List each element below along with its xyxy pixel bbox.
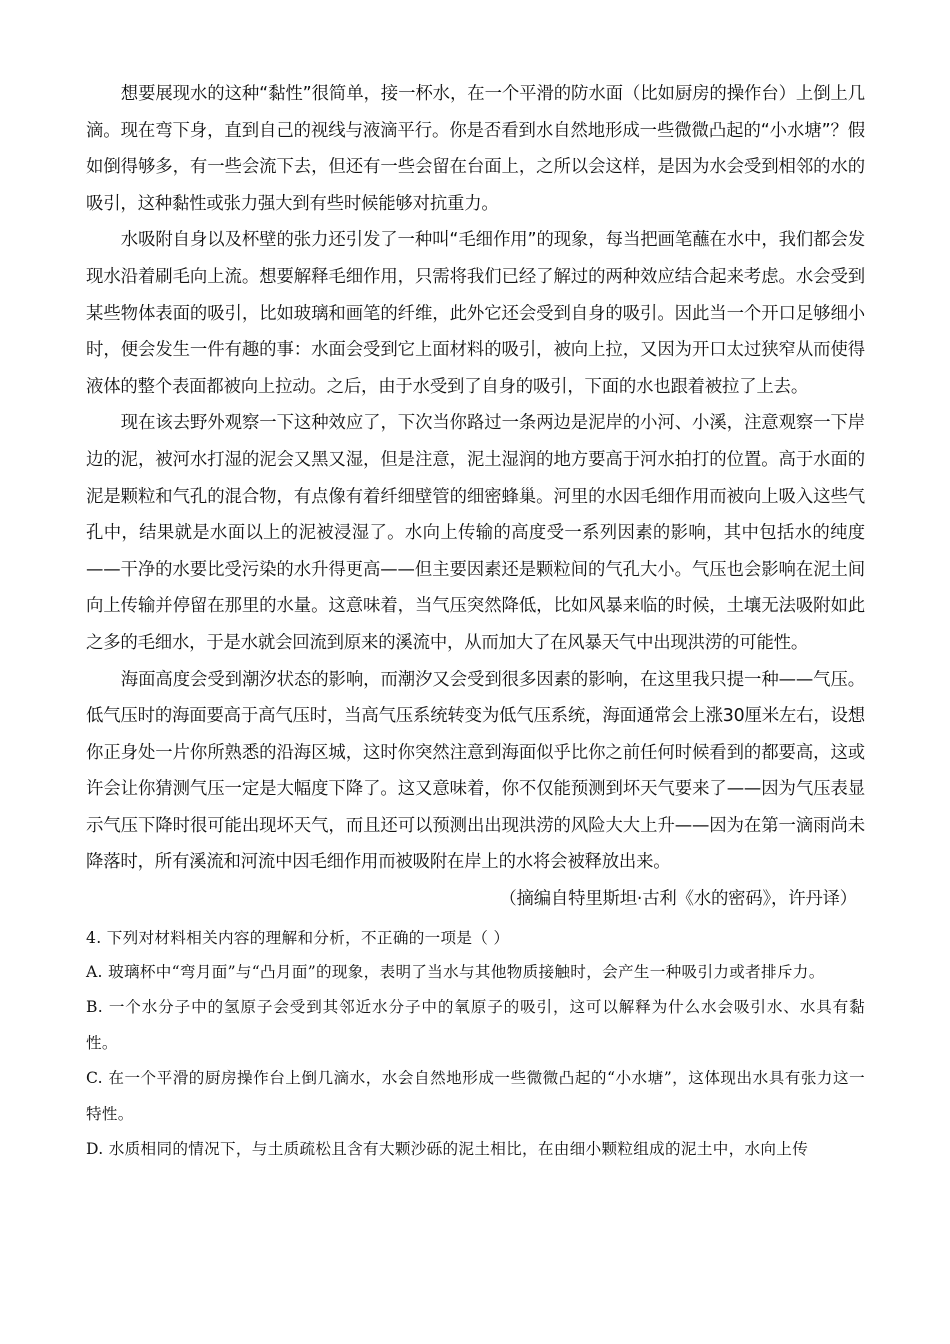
option-d: D. 水质相同的情况下，与土质疏松且含有大颗沙砾的泥土相比，在由细小颗粒组成的泥… [86,1132,865,1168]
passage-paragraph: 海面高度会受到潮汐状态的影响，而潮汐又会受到很多因素的影响，在这里我只提一种——… [86,662,865,882]
passage-source: （摘编自特里斯坦·古利《水的密码》，许丹译） [86,881,865,918]
option-c: C. 在一个平滑的厨房操作台上倒几滴水，水会自然地形成一些微微凸起的“小水塘”，… [86,1061,865,1132]
reading-passage: 想要展现水的这种“黏性”很简单，接一杯水，在一个平滑的防水面（比如厨房的操作台）… [86,76,865,918]
document-page: 想要展现水的这种“黏性”很简单，接一杯水，在一个平滑的防水面（比如厨房的操作台）… [86,76,865,1168]
passage-paragraph: 想要展现水的这种“黏性”很简单，接一杯水，在一个平滑的防水面（比如厨房的操作台）… [86,76,865,222]
passage-paragraph: 现在该去野外观察一下这种效应了，下次当你路过一条两边是泥岸的小河、小溪，注意观察… [86,405,865,661]
option-a: A. 玻璃杯中“弯月面”与“凸月面”的现象，表明了当水与其他物质接触时，会产生一… [86,955,865,991]
option-b: B. 一个水分子中的氢原子会受到其邻近水分子中的氧原子的吸引，这可以解释为什么水… [86,990,865,1061]
passage-paragraph: 水吸附自身以及杯壁的张力还引发了一种叫“毛细作用”的现象，每当把画笔蘸在水中，我… [86,222,865,405]
question-stem: 4. 下列对材料相关内容的理解和分析，不正确的一项是（ ） [86,922,865,955]
question-block: 4. 下列对材料相关内容的理解和分析，不正确的一项是（ ） A. 玻璃杯中“弯月… [86,922,865,1168]
